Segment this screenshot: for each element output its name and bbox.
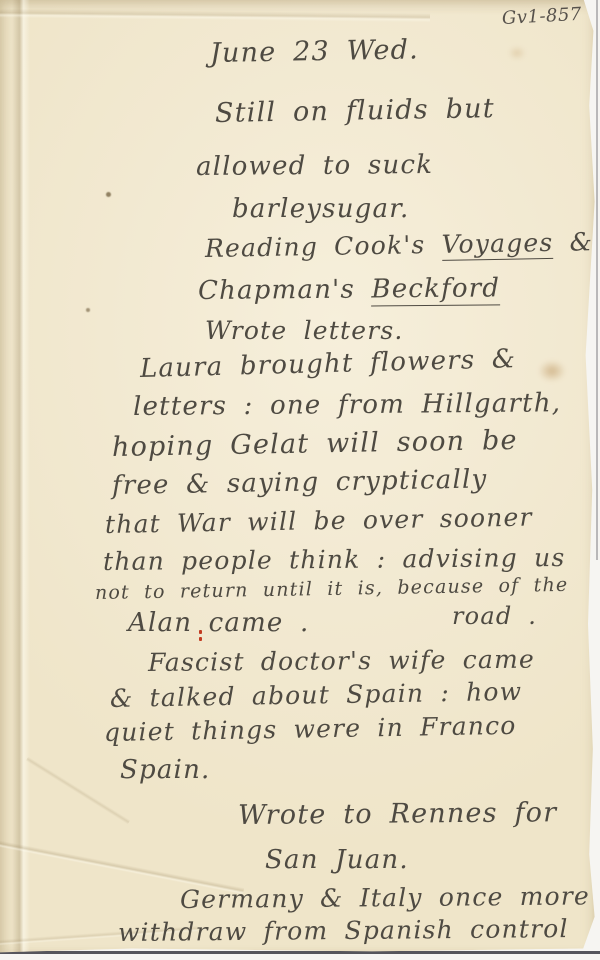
manuscript-line: hoping Gelat will soon be [112, 425, 518, 463]
manuscript-line: not to return until it is, because of th… [95, 574, 569, 604]
manuscript-line: Alan came . [128, 608, 309, 638]
date-heading: June 23 Wed. [210, 34, 419, 69]
manuscript-line: letters : one from Hillgarth, [133, 388, 561, 422]
manuscript-line: free & saying cryptically [112, 464, 488, 501]
manuscript-line: Chapman's Beckford [198, 273, 500, 306]
manuscript-line: Fascist doctor's wife came [148, 645, 535, 677]
manuscript-line: quiet things were in Franco [104, 711, 517, 747]
manuscript-line: Laura brought flowers & [140, 344, 517, 384]
manuscript-line: Wrote to Rennes for [238, 797, 558, 831]
manuscript-line: Reading Cook's Voyages & [205, 227, 594, 263]
manuscript-line: Wrote letters. [205, 316, 404, 345]
manuscript-line: than people think : advising us [103, 543, 566, 576]
manuscript-line: that War will be over sooner [105, 503, 533, 539]
manuscript-line: Still on fluids but [215, 93, 495, 129]
scan-edge-bottom [0, 951, 600, 954]
scan-edge-right [596, 0, 598, 560]
manuscript-line: Germany & Italy once more [180, 881, 590, 914]
manuscript-line: allowed to suck [196, 150, 433, 182]
manuscript-line: withdraw from Spanish control [118, 914, 569, 947]
manuscript-line: & talked about Spain : how [110, 677, 523, 713]
paper-sheet: Gv1-857June 23 Wed.Still on fluids butal… [0, 0, 600, 960]
manuscript-line: San Juan. [265, 845, 409, 875]
manuscript-text: Gv1-857June 23 Wed.Still on fluids butal… [0, 0, 600, 960]
scanned-page: Gv1-857June 23 Wed.Still on fluids butal… [0, 0, 600, 960]
manuscript-line: barleysugar. [232, 194, 409, 224]
manuscript-line: road . [452, 602, 537, 630]
manuscript-line: Spain. [120, 755, 210, 785]
archive-reference: Gv1-857 [501, 4, 582, 29]
